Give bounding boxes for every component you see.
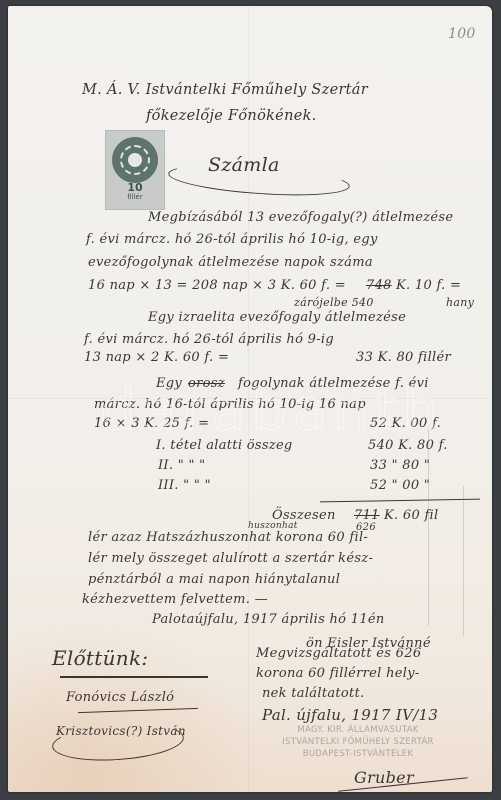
- item-3-amount: 52 " 00 ": [370, 478, 430, 493]
- revenue-stamp: 10 fillér: [105, 130, 165, 210]
- title-flourish: [167, 160, 351, 201]
- addressee-line-1: M. Á. V. Istvántelki Főműhely Szertár: [82, 82, 368, 98]
- place-date: Palotaújfalu, 1917 április hó 11én: [152, 612, 385, 627]
- verification-line-2: korona 60 fillérrel hely-: [256, 666, 420, 681]
- witness-name-1: Fonóvics László: [66, 690, 174, 705]
- closing-insert: huszonhat: [248, 521, 298, 531]
- para3-prefix: Egy: [156, 376, 182, 391]
- closing-line-4: kézhezvettem felvettem. —: [82, 592, 268, 607]
- closing-line-1: lér azaz Hatszázhuszonhat korona 60 fil-: [88, 530, 368, 545]
- item-2-label: II. " " ": [158, 458, 205, 473]
- official-stamp: MAGY. KIR. ÁLLAMVASUTAK ISTVÁNTELKI FŐMŰ…: [278, 724, 438, 760]
- item-2-amount: 33 " 80 ": [370, 458, 430, 473]
- total-amount: K. 60 fil: [384, 508, 438, 523]
- verification-line-1: Megvizsgáltatott és 626: [256, 646, 421, 661]
- para1-line-4: 16 nap × 13 = 208 nap × 3 K. 60 f. =: [88, 278, 346, 293]
- para1-annotation: zárójelbe 540: [294, 296, 374, 309]
- document-sheet: 100 M. Á. V. Istvántelki Főműhely Szertá…: [8, 6, 492, 792]
- verification-line-3: nek találtatott.: [262, 686, 365, 701]
- item-1-amount: 540 K. 80 f.: [368, 438, 448, 453]
- item-1-label: I. tétel alatti összeg: [156, 438, 293, 453]
- para3-line-1: fogolynak átlelmezése f. évi: [238, 376, 429, 391]
- para1-line-2: f. évi márcz. hó 26-tól április hó 10-ig…: [86, 232, 378, 247]
- total-rule: [320, 499, 480, 503]
- para2-amount: 33 K. 80 fillér: [356, 350, 451, 365]
- stamp-unit: fillér: [106, 193, 164, 201]
- para1-amount-struck: 748: [366, 278, 392, 293]
- para1-line-3: evezőfogolynak átlelmezése napok száma: [88, 255, 373, 270]
- para2-line-3: 13 nap × 2 K. 60 f. =: [84, 350, 229, 365]
- witness-heading-underline: [60, 676, 208, 678]
- para3-line-2: márcz. hó 16-tól április hó 10-ig 16 nap: [94, 397, 366, 412]
- para2-line-1: Egy izraelita evezőfogaly átlelmezése: [148, 310, 406, 325]
- para3-struck: orosz: [188, 376, 225, 391]
- verification-place-date: Pal. újfalu, 1917 IV/13: [262, 706, 438, 724]
- item-3-label: III. " " ": [158, 478, 211, 493]
- total-amount-struck: 711: [354, 508, 380, 523]
- closing-line-3: pénztárból a mai napon hiánytalanul: [88, 572, 340, 587]
- para3-line-3: 16 × 3 K. 25 f. =: [94, 416, 209, 431]
- closing-line-2: lér mely összeget alulírott a szertár ké…: [88, 551, 373, 566]
- para2-line-2: f. évi márcz. hó 26-tól április hó 9-ig: [84, 332, 334, 347]
- para1-margin-note: hany: [446, 296, 474, 309]
- addressee-line-2: főkezelője Főnökének.: [146, 108, 317, 124]
- para3-amount: 52 K. 00 f.: [370, 416, 441, 431]
- para1-line-1: Megbízásából 13 evezőfogaly(?) átlelmezé…: [148, 210, 453, 225]
- para1-amount: K. 10 f. =: [396, 278, 461, 293]
- witness-heading: Előttünk:: [52, 646, 148, 670]
- page-number: 100: [448, 26, 476, 42]
